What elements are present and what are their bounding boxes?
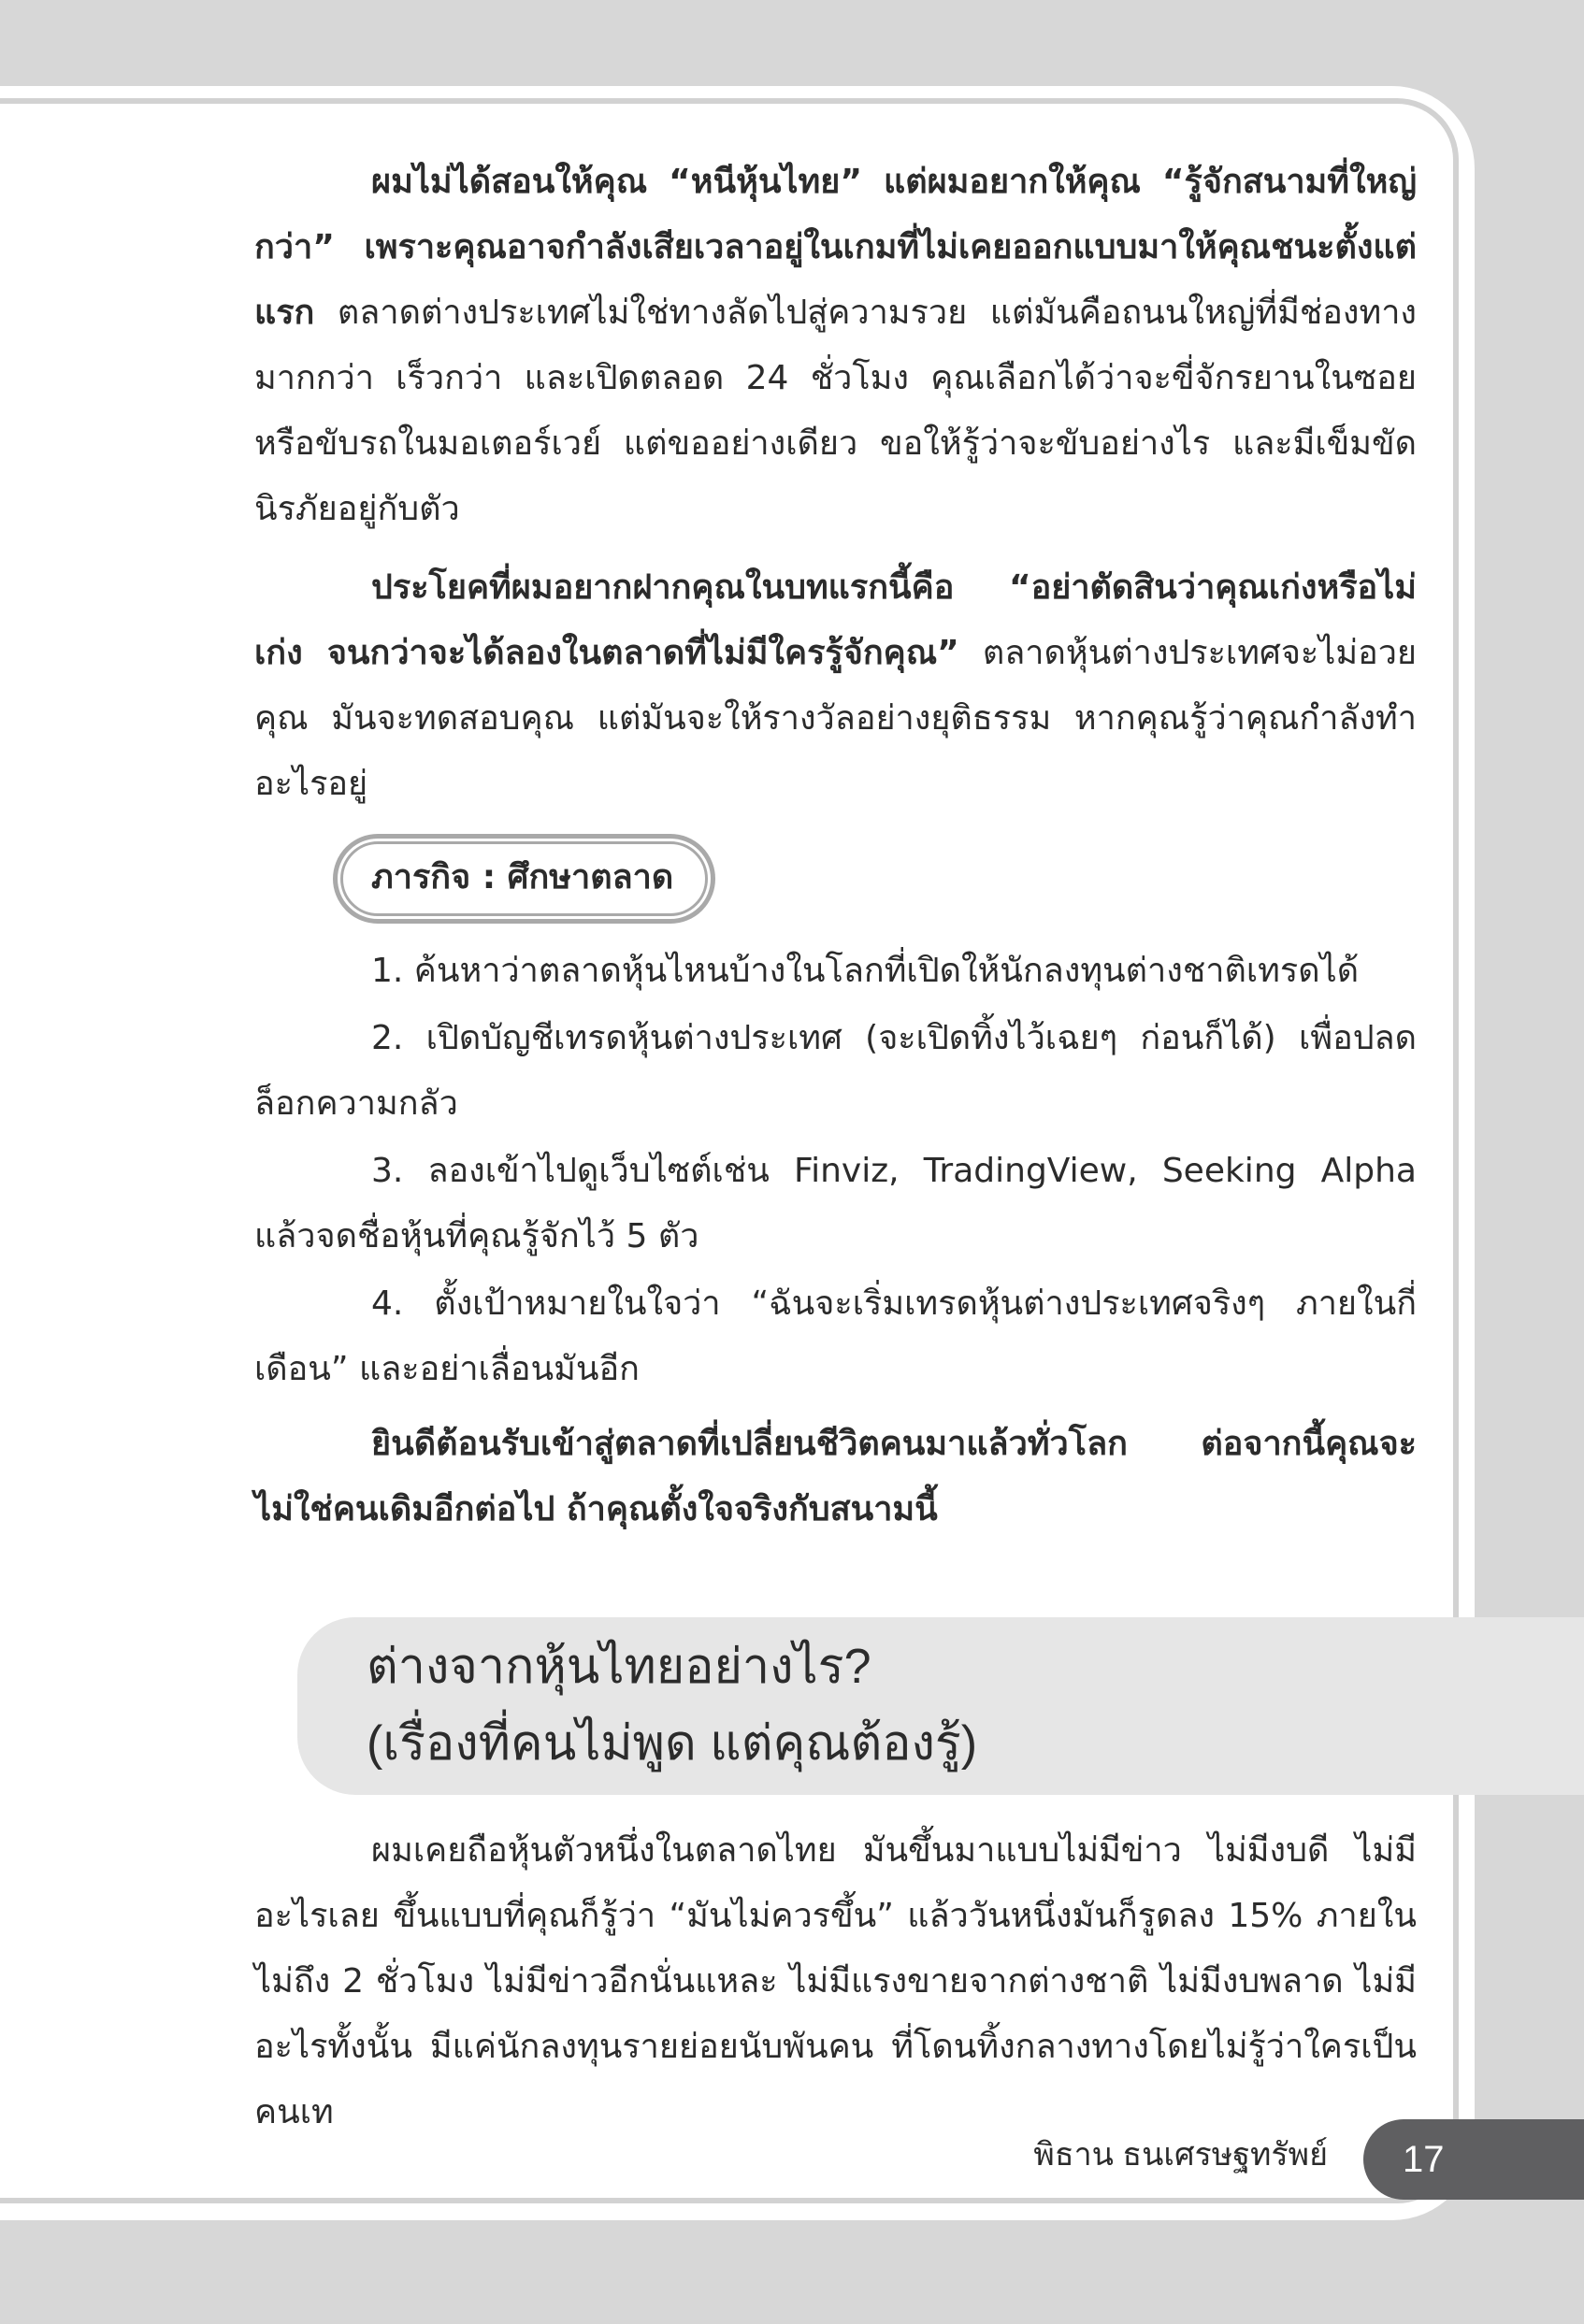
page-number-tab — [1363, 2119, 1584, 2200]
intro-paragraph-1-text: ตลาดต่างประเทศไม่ใช่ทางลัดไปสู่ความรวย แ… — [254, 294, 1417, 528]
mission-label-frame: ภารกิจ : ศึกษาตลาด — [333, 834, 715, 924]
section-heading: ต่างจากหุ้นไทยอย่างไร? (เรื่องที่คนไม่พู… — [367, 1628, 977, 1782]
intro-paragraph-1: ผมไม่ได้สอนให้คุณ “หนีหุ้นไทย” แต่ผมอยาก… — [254, 150, 1417, 542]
mission-item-3: 3. ลองเข้าไปดูเว็บไซต์เช่น Finviz, Tradi… — [254, 1139, 1417, 1270]
intro-paragraph-2: ประโยคที่ผมอยากฝากคุณในบทแรกนี้คือ “อย่า… — [254, 555, 1417, 817]
footer-author-name: พิธาน ธนเศรษฐทรัพย์ — [1033, 2131, 1328, 2178]
mission-item-2: 2. เปิดบัญชีเทรดหุ้นต่างประเทศ (จะเปิดทิ… — [254, 1006, 1417, 1137]
section-heading-line-2: (เรื่องที่คนไม่พูด แต่คุณต้องรู้) — [367, 1705, 977, 1782]
section-heading-line-1: ต่างจากหุ้นไทยอย่างไร? — [367, 1628, 977, 1705]
section-body: ผมเคยถือหุ้นตัวหนึ่งในตลาดไทย มันขึ้นมาแ… — [254, 1818, 1417, 2145]
mission-title: ภารกิจ : ศึกษาตลาด — [340, 841, 708, 916]
page-number: 17 — [1403, 2133, 1445, 2186]
page-content: ผมไม่ได้สอนให้คุณ “หนีหุ้นไทย” แต่ผมอยาก… — [254, 150, 1417, 1542]
section-body-paragraph: ผมเคยถือหุ้นตัวหนึ่งในตลาดไทย มันขึ้นมาแ… — [254, 1818, 1417, 2145]
mission-item-4: 4. ตั้งเป้าหมายในใจว่า “ฉันจะเริ่มเทรดหุ… — [254, 1271, 1417, 1402]
closing-paragraph: ยินดีต้อนรับเข้าสู่ตลาดที่เปลี่ยนชีวิตคน… — [254, 1412, 1417, 1542]
mission-item-1: 1. ค้นหาว่าตลาดหุ้นไหนบ้างในโลกที่เปิดให… — [254, 939, 1417, 1004]
